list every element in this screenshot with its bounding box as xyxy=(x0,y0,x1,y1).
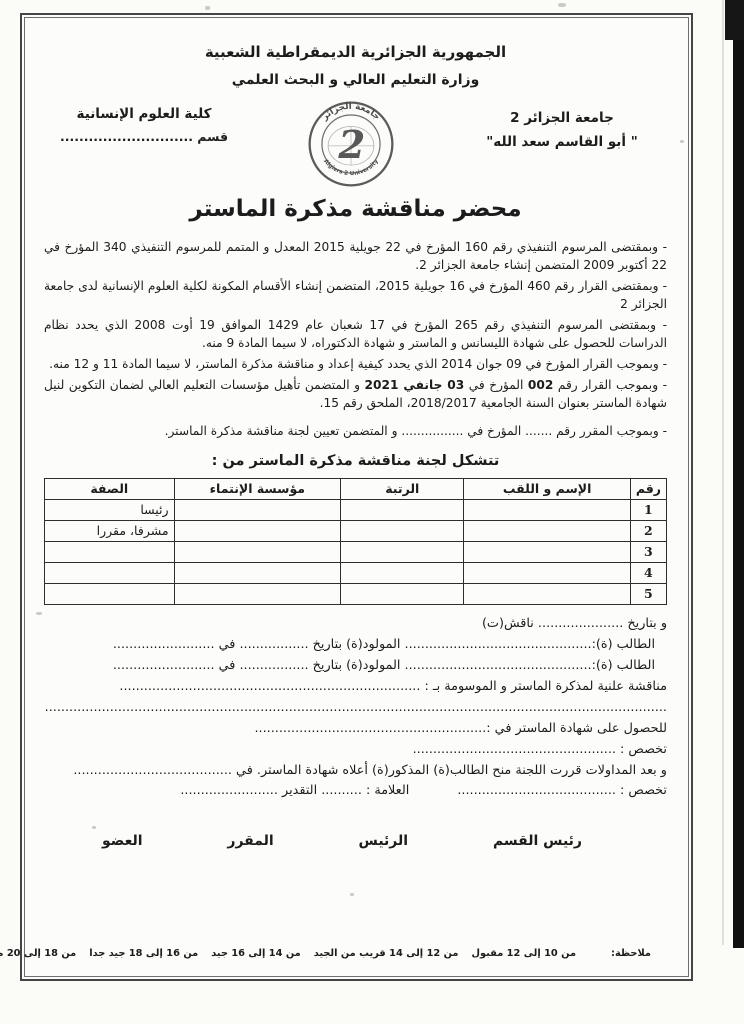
scan-speck xyxy=(205,6,210,10)
cell-name xyxy=(464,499,630,520)
dotted-fill-line: ........................................… xyxy=(44,698,667,717)
ministry-header: وزارة التعليم العالي و البحث العلمي xyxy=(44,72,667,88)
result-specialty: تخصص : .................................… xyxy=(457,781,667,800)
cell-rank xyxy=(341,499,464,520)
cell-role xyxy=(45,562,175,583)
university-block: جامعة الجزائر 2 " أبو القاسم سعد الله" xyxy=(457,98,667,155)
table-row: 4 xyxy=(45,562,667,583)
decree-date: 03 جانفي 2021 xyxy=(365,378,465,392)
grade-range: من 10 إلى 12 مقبول xyxy=(472,948,577,959)
specialty-line: تخصص : .................................… xyxy=(44,740,667,759)
cell-number: 4 xyxy=(630,562,666,583)
defense-date-line: و بتاريخ ..................... ناقش(ت) xyxy=(44,614,667,633)
degree-line: للحصول على شهادة الماستر في :...........… xyxy=(44,719,667,738)
preamble-5-text: - وبموجب القرار رقم xyxy=(553,378,667,392)
cell-rank xyxy=(341,541,464,562)
cell-name xyxy=(464,583,630,604)
table-row: 5 xyxy=(45,583,667,604)
university-seal-icon: جامعة الجزائر Algiers 2 University 2 xyxy=(307,100,395,188)
cell-rank xyxy=(341,562,464,583)
scan-artifact-strip-top xyxy=(725,0,744,40)
institution-header-row: جامعة الجزائر 2 " أبو القاسم سعد الله" ج… xyxy=(44,98,667,192)
cell-role xyxy=(45,583,175,604)
cell-name xyxy=(464,520,630,541)
cell-number: 1 xyxy=(630,499,666,520)
legal-preamble: - وبمقتضى المرسوم التنفيذي رقم 160 المؤر… xyxy=(44,238,667,440)
cell-institution xyxy=(174,562,341,583)
university-logo: جامعة الجزائر Algiers 2 University 2 xyxy=(291,98,411,192)
scan-speck xyxy=(36,612,42,615)
document-content: الجمهورية الجزائرية الديمقراطية الشعبية … xyxy=(26,19,687,975)
thesis-title-line: مناقشة علنية لمذكرة الماستر و الموسومة ب… xyxy=(44,677,667,696)
table-row: 2 مشرفا، مقررا xyxy=(45,520,667,541)
cell-rank xyxy=(341,583,464,604)
university-name: جامعة الجزائر 2 xyxy=(457,106,667,130)
grade-range: من 14 إلى 16 جيد xyxy=(211,948,301,959)
committee-table: رقم الإسم و اللقب الرتبة مؤسسة الإنتماء … xyxy=(44,478,667,605)
grading-footnote: ملاحظة: من 10 إلى 12 مقبول من 12 إلى 14 … xyxy=(52,948,651,959)
scan-speck xyxy=(350,893,354,896)
faculty-name: كلية العلوم الإنسانية xyxy=(44,102,244,126)
university-epithet: " أبو القاسم سعد الله" xyxy=(457,130,667,154)
cell-number: 2 xyxy=(630,520,666,541)
signatures-row: رئيس القسم الرئيس المقرر العضو xyxy=(44,833,667,849)
republic-header: الجمهورية الجزائرية الديمقراطية الشعبية xyxy=(44,43,667,61)
preamble-item-2: - وبمقتضى القرار رقم 460 المؤرخ في 16 جو… xyxy=(44,277,667,314)
preamble-item-5: - وبموجب القرار رقم 002 المؤرخ في 03 جان… xyxy=(44,376,667,413)
signature-rapporteur: المقرر xyxy=(227,833,273,849)
signature-member: العضو xyxy=(102,833,143,849)
scan-speck xyxy=(558,3,566,7)
preamble-item-6: - وبموجب المقرر رقم ....... المؤرخ في ..… xyxy=(44,422,667,440)
decision-line: و بعد المداولات قررت اللجنة منح الطالب(ة… xyxy=(44,761,667,780)
faculty-block: كلية العلوم الإنسانية قسم ..............… xyxy=(44,98,244,149)
footnote-label: ملاحظة: xyxy=(611,948,651,959)
table-row: 3 xyxy=(45,541,667,562)
cell-institution xyxy=(174,541,341,562)
scan-artifact-strip xyxy=(733,0,744,948)
table-row: 1 رئيسا xyxy=(45,499,667,520)
page-title: محضر مناقشة مذكرة الماستر xyxy=(44,196,667,222)
document-frame: الجمهورية الجزائرية الديمقراطية الشعبية … xyxy=(20,13,693,981)
signature-president: الرئيس xyxy=(359,833,409,849)
preamble-item-1: - وبمقتضى المرسوم التنفيذي رقم 160 المؤر… xyxy=(44,238,667,275)
col-institution: مؤسسة الإنتماء xyxy=(174,478,341,499)
cell-institution xyxy=(174,520,341,541)
svg-text:جامعة الجزائر: جامعة الجزائر xyxy=(319,102,381,123)
cell-name xyxy=(464,541,630,562)
department-line: قسم ............................ xyxy=(44,126,244,149)
result-line: تخصص : .................................… xyxy=(44,781,667,800)
defense-section: و بتاريخ ..................... ناقش(ت) ا… xyxy=(44,614,667,801)
seal-top-arc-text: جامعة الجزائر xyxy=(319,102,381,123)
grade-range: من 18 إلى 20 ممتاز xyxy=(0,948,76,959)
col-role: الصفة xyxy=(45,478,175,499)
cell-number: 5 xyxy=(630,583,666,604)
student-line: الطالب (ة):.............................… xyxy=(44,656,667,675)
preamble-5-text: المؤرخ في xyxy=(464,378,528,392)
table-header-row: رقم الإسم و اللقب الرتبة مؤسسة الإنتماء … xyxy=(45,478,667,499)
result-grade: العلامة : .......... التقدير ...........… xyxy=(180,781,409,800)
cell-name xyxy=(464,562,630,583)
col-name: الإسم و اللقب xyxy=(464,478,630,499)
cell-role: رئيسا xyxy=(45,499,175,520)
col-number: رقم xyxy=(630,478,666,499)
scan-speck xyxy=(680,140,684,143)
cell-institution xyxy=(174,499,341,520)
preamble-item-4: - وبموجب القرار المؤرخ في 09 جوان 2014 ا… xyxy=(44,355,667,373)
cell-rank xyxy=(341,520,464,541)
committee-heading: تتشكل لجنة مناقشة مذكرة الماستر من : xyxy=(44,453,667,469)
cell-role: مشرفا، مقررا xyxy=(45,520,175,541)
decree-number: 002 xyxy=(528,378,553,392)
grade-range: من 12 إلى 14 قريب من الجيد xyxy=(314,948,459,959)
grade-range: من 16 إلى 18 جيد جدا xyxy=(89,948,198,959)
student-line: الطالب (ة):.............................… xyxy=(44,635,667,654)
cell-institution xyxy=(174,583,341,604)
preamble-item-3: - وبمقتضى المرسوم التنفيذي رقم 265 المؤر… xyxy=(44,316,667,353)
col-rank: الرتبة xyxy=(341,478,464,499)
cell-role xyxy=(45,541,175,562)
cell-number: 3 xyxy=(630,541,666,562)
scan-artifact-line xyxy=(722,0,724,945)
scan-speck xyxy=(92,826,96,829)
signature-department-head: رئيس القسم xyxy=(493,833,582,849)
seal-numeral: 2 xyxy=(337,123,365,168)
